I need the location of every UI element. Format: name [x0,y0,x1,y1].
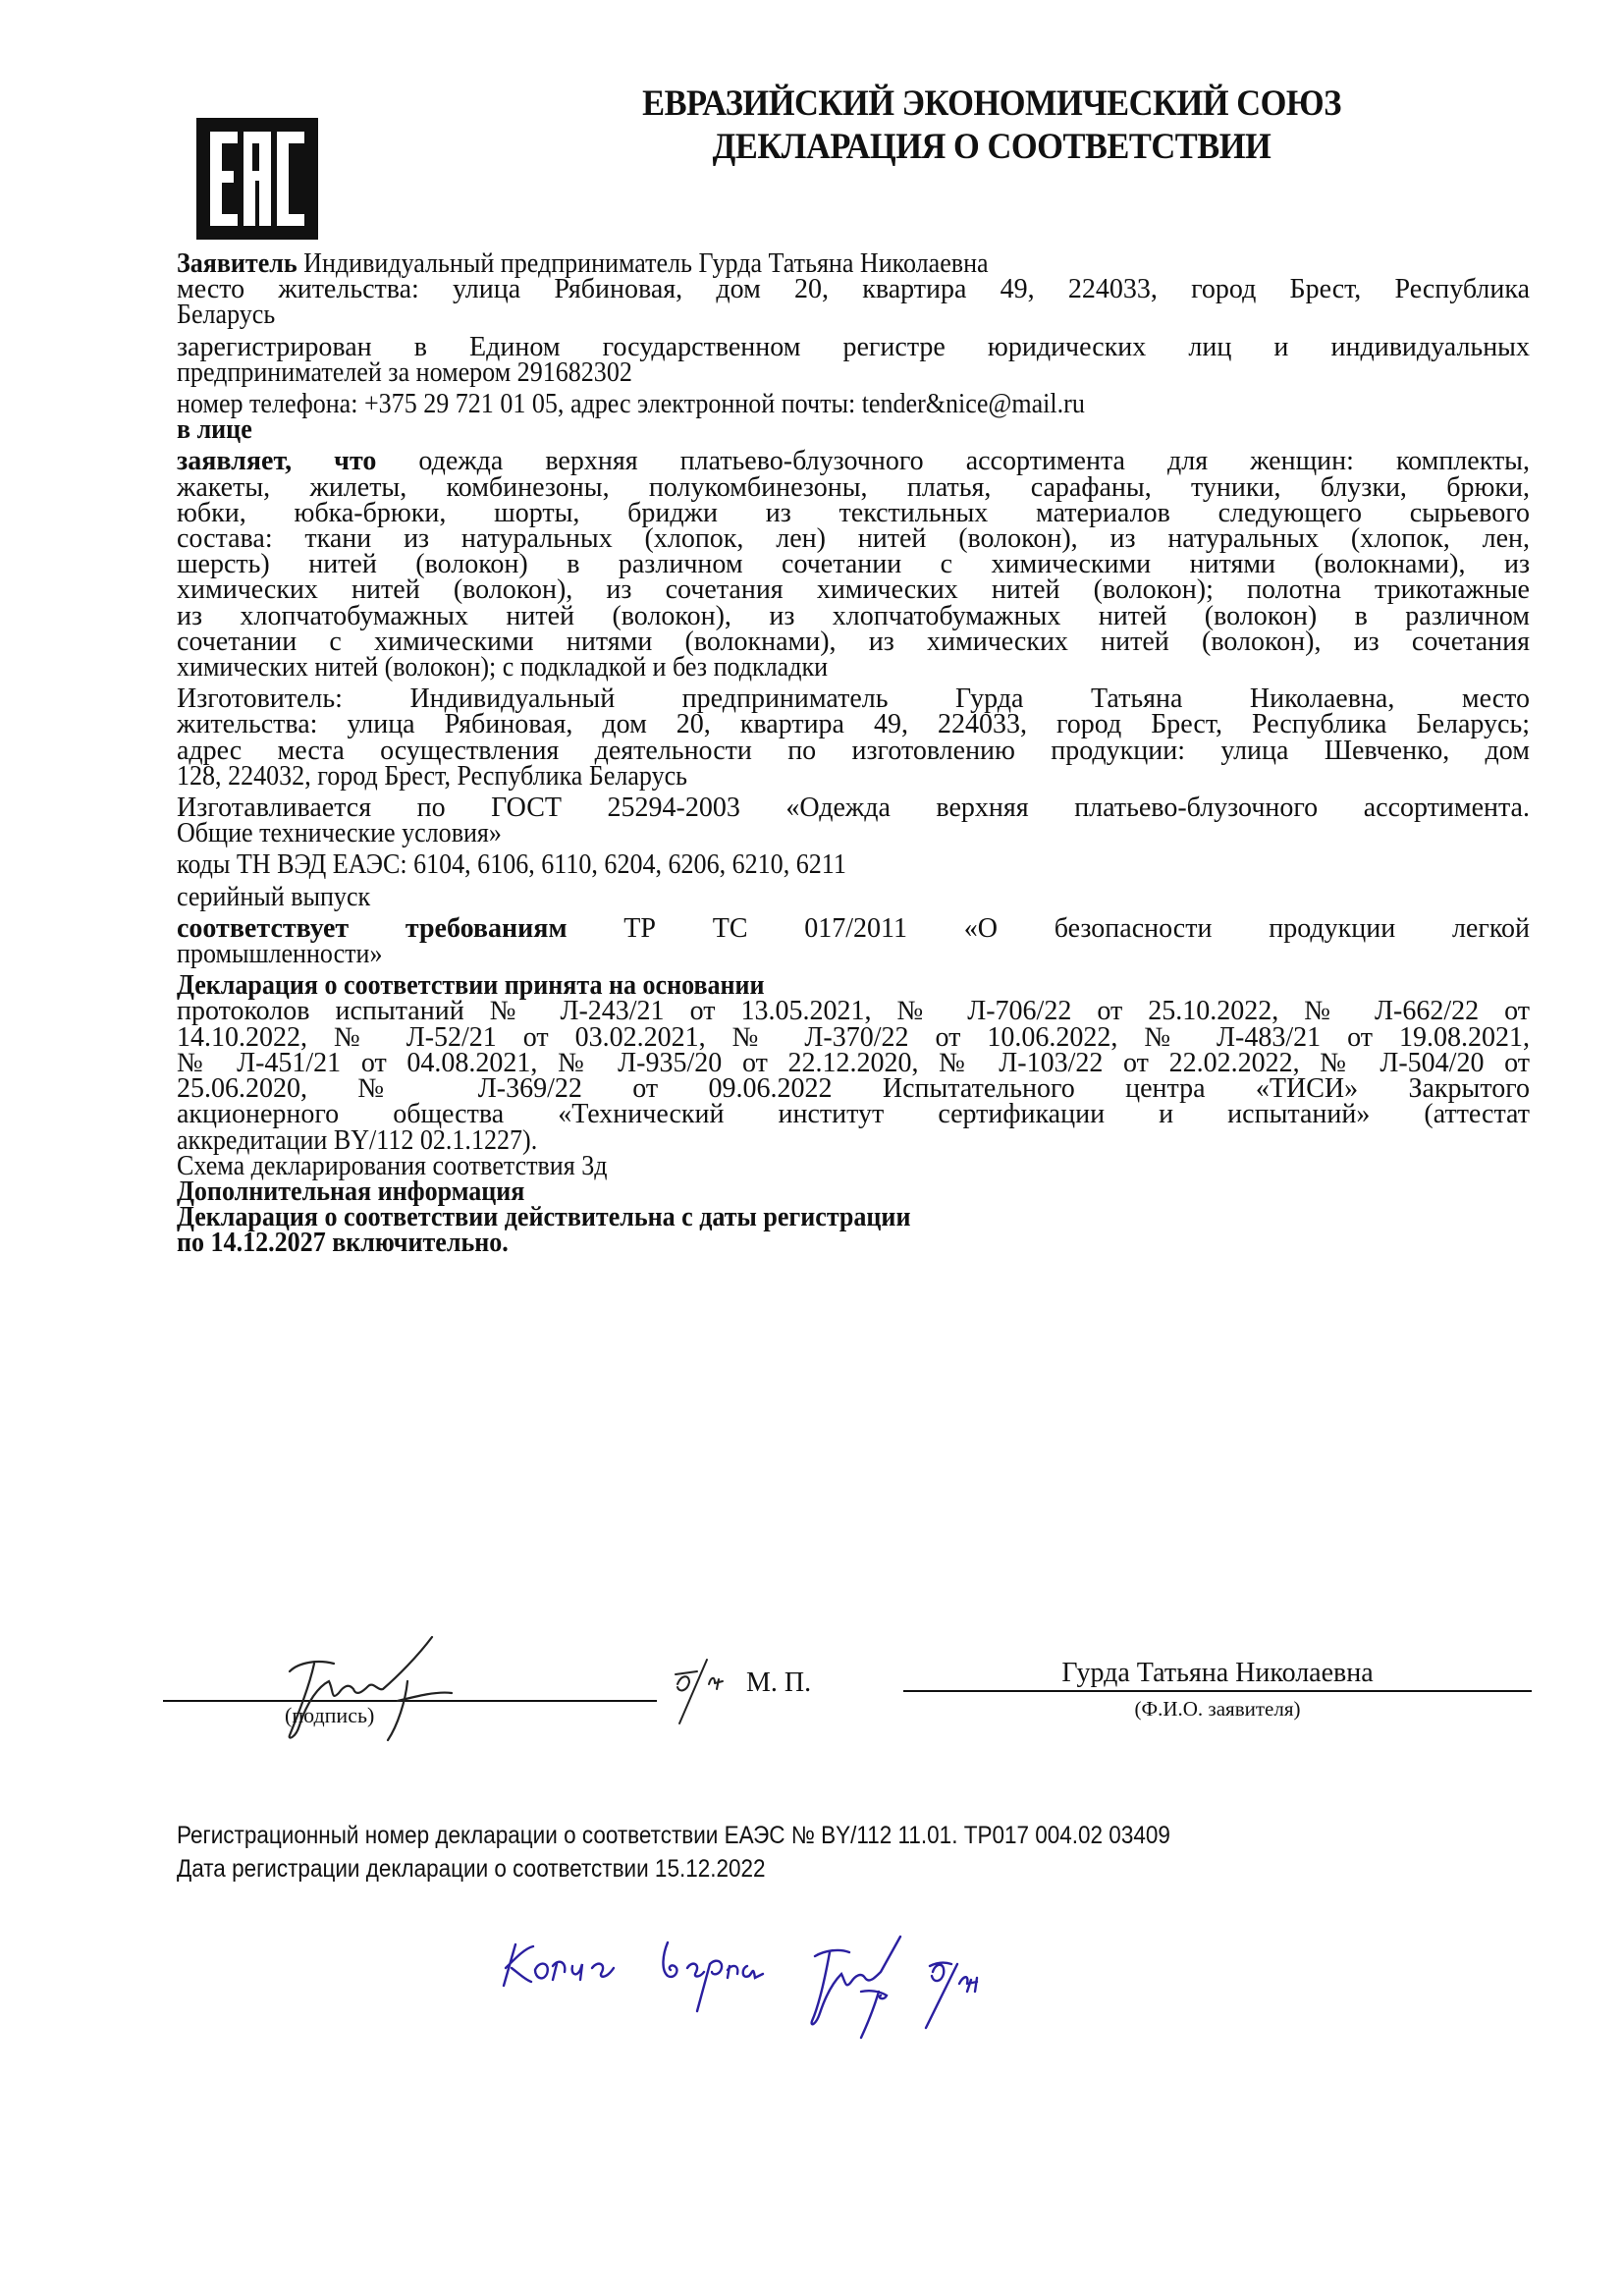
release-type: серийный выпуск [177,885,1435,910]
document-title: ЕВРАЗИЙСКИЙ ЭКОНОМИЧЕСКИЙ СОЮЗ ДЕКЛАРАЦИ… [579,82,1404,169]
registration-info: Регистрационный номер декларации о соотв… [177,1819,1280,1886]
title-union: ЕВРАЗИЙСКИЙ ЭКОНОМИЧЕСКИЙ СОЮЗ [608,82,1375,126]
declares-line-7: из хлопчатобумажных нитей (волокон), из … [177,604,1530,629]
applicant-name: Индивидуальный предприниматель Гурда Тат… [303,248,988,279]
stamp-note-icon [668,1650,746,1728]
applicant-full-name: Гурда Татьяна Николаевна [903,1658,1532,1689]
declares-line-9: химических нитей (волокон); с подкладкой… [177,655,1435,681]
applicant-name-caption: (Ф.И.О. заявителя) [903,1697,1532,1722]
in-person-label: в лице [177,417,1435,443]
declaration-body: Заявитель Индивидуальный предприниматель… [177,251,1530,1257]
applicant-contact: номер телефона: +375 29 721 01 05, адрес… [177,392,1435,417]
applicant-registry-2: предпринимателей за номером 291682302 [177,360,1435,386]
standard-line-2: Общие технические условия» [177,821,1435,847]
name-line [903,1690,1532,1692]
declaration-page: ЕВРАЗИЙСКИЙ ЭКОНОМИЧЕСКИЙ СОЮЗ ДЕКЛАРАЦИ… [0,0,1623,2296]
conformity-line-2: промышленности» [177,942,1435,967]
basis-heading: Декларация о соответствии принята на осн… [177,973,1435,999]
signature-caption: (подпись) [285,1703,374,1728]
signature-block: (подпись) М. П. Гурда Татьяна Николаевна… [0,1640,1623,1797]
applicant-label: Заявитель [177,248,298,279]
tn-ved-codes: коды ТН ВЭД ЕАЭС: 6104, 6106, 6110, 6204… [177,852,1435,878]
declares-line-2: жакеты, жилеты, комбинезоны, полукомбине… [177,475,1530,501]
validity-line-2: по 14.12.2027 включительно. [177,1230,1435,1256]
applicant-line: Заявитель Индивидуальный предприниматель… [177,251,1435,277]
eac-logo-icon [196,118,318,240]
declares-line-1: заявляет, что одежда верхняя платьево-бл… [177,449,1530,474]
stamp-placeholder: М. П. [746,1667,811,1699]
declares-line-6: химических нитей (волокон), из сочетания… [177,577,1530,603]
manufacturer-line-2: жительства: улица Рябиновая, дом 20, ква… [177,712,1530,738]
title-declaration: ДЕКЛАРАЦИЯ О СООТВЕТСТВИИ [608,126,1375,169]
basis-line-1: протоколов испытаний № Л-243/21 от 13.05… [177,999,1530,1024]
manufacturer-line-4: 128, 224032, город Брест, Республика Бел… [177,764,1435,790]
basis-line-2: 14.10.2022, № Л-52/21 от 03.02.2021, № Л… [177,1025,1530,1051]
registration-number: Регистрационный номер декларации о соотв… [177,1819,1170,1852]
applicant-residence-1: место жительства: улица Рябиновая, дом 2… [177,277,1530,302]
copy-certified-note-icon [496,1935,1380,2052]
applicant-residence-2: Беларусь [177,302,1435,328]
registration-date: Дата регистрации декларации о соответств… [177,1852,1170,1886]
